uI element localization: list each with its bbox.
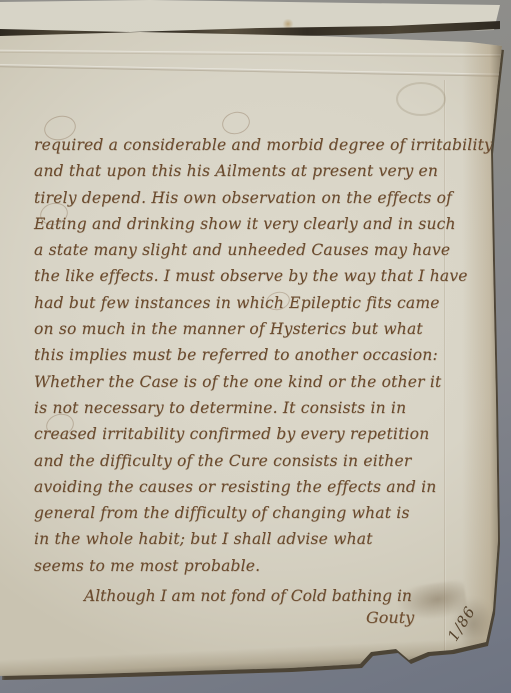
closing-line: Although I am not fond of Cold bathing i…	[84, 587, 412, 605]
letter-page: required a considerable and morbid degre…	[0, 0, 511, 693]
bottom-torn-edge-shading	[0, 636, 511, 686]
handwritten-line: required a considerable and morbid degre…	[34, 132, 498, 158]
handwritten-line: had but few instances in which Epileptic…	[34, 290, 498, 316]
handwritten-line: is not necessary to determine. It consis…	[34, 395, 498, 421]
handwritten-line: on so much in the manner of Hysterics bu…	[34, 316, 498, 342]
horizontal-crease-top	[0, 50, 505, 57]
handwritten-line: a state many slight and unheeded Causes …	[34, 237, 498, 263]
handwritten-line: and the difficulty of the Cure consists …	[34, 448, 498, 474]
handwritten-line: avoiding the causes or resisting the eff…	[34, 474, 498, 500]
horizontal-crease-lower	[0, 64, 505, 77]
handwritten-line: seems to me most probable.	[34, 553, 498, 579]
handwritten-line: tirely depend. His own observation on th…	[34, 185, 498, 211]
handwritten-line: and that upon this his Ailments at prese…	[34, 158, 498, 184]
handwritten-line: Eating and drinking show it very clearly…	[34, 211, 498, 237]
handwritten-line: general from the difficulty of changing …	[34, 500, 498, 526]
foxing-spot	[282, 19, 294, 29]
catchword: Gouty	[366, 608, 414, 627]
letter-body: required a considerable and morbid degre…	[34, 132, 498, 579]
manuscript-photo: required a considerable and morbid degre…	[0, 0, 511, 693]
handwritten-line: Whether the Case is of the one kind or t…	[34, 369, 498, 395]
handwritten-line: in the whole habit; but I shall advise w…	[34, 526, 498, 552]
handwritten-line: this implies must be referred to another…	[34, 342, 498, 368]
handwritten-line: the like effects. I must observe by the …	[34, 263, 498, 289]
circular-watermark	[396, 82, 446, 116]
handwritten-line: creased irritability confirmed by every …	[34, 421, 498, 447]
